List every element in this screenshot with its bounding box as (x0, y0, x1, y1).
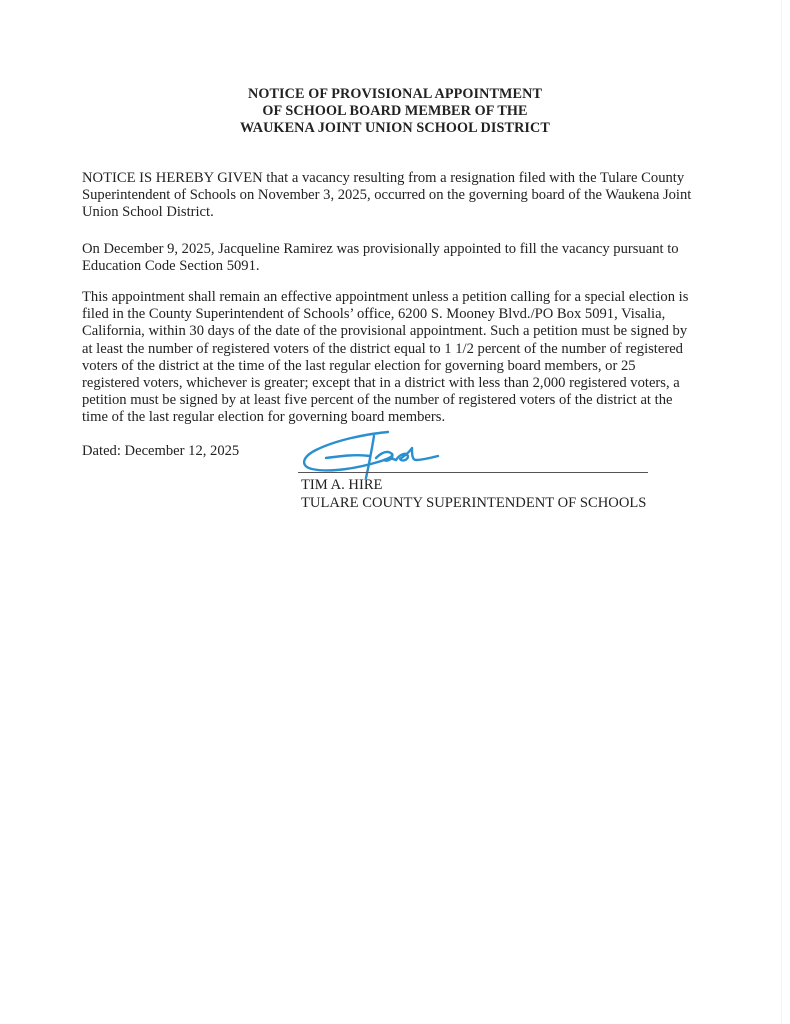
paragraph-line: filed in the County Superintendent of Sc… (82, 306, 712, 323)
signature-line (298, 472, 648, 473)
document-page: NOTICE OF PROVISIONAL APPOINTMENT OF SCH… (0, 0, 790, 1024)
paragraph-line: On December 9, 2025, Jacqueline Ramirez … (82, 241, 712, 258)
paragraph-line: This appointment shall remain an effecti… (82, 289, 712, 306)
appointment-paragraph: On December 9, 2025, Jacqueline Ramirez … (82, 241, 712, 275)
paragraph-line: California, within 30 days of the date o… (82, 323, 712, 340)
petition-paragraph: This appointment shall remain an effecti… (82, 289, 712, 427)
notice-title: NOTICE OF PROVISIONAL APPOINTMENT OF SCH… (0, 86, 790, 137)
paragraph-line: Superintendent of Schools on November 3,… (82, 187, 712, 204)
paragraph-line: time of the last regular election for go… (82, 409, 712, 426)
vacancy-paragraph: NOTICE IS HEREBY GIVEN that a vacancy re… (82, 170, 712, 222)
paragraph-line: petition must be signed by at least five… (82, 392, 712, 409)
page-edge (781, 0, 782, 1024)
signer-block: TIM A. HIRE TULARE COUNTY SUPERINTENDENT… (301, 476, 646, 512)
signer-name: TIM A. HIRE (301, 476, 646, 494)
title-line-1: NOTICE OF PROVISIONAL APPOINTMENT (0, 86, 790, 103)
title-line-3: WAUKENA JOINT UNION SCHOOL DISTRICT (0, 120, 790, 137)
paragraph-line: registered voters, whichever is greater;… (82, 375, 712, 392)
paragraph-line: at least the number of registered voters… (82, 341, 712, 358)
paragraph-line: Education Code Section 5091. (82, 258, 712, 275)
dated-text: Dated: December 12, 2025 (82, 443, 239, 460)
paragraph-line: voters of the district at the time of th… (82, 358, 712, 375)
paragraph-line: Union School District. (82, 204, 712, 221)
title-line-2: OF SCHOOL BOARD MEMBER OF THE (0, 103, 790, 120)
paragraph-line: NOTICE IS HEREBY GIVEN that a vacancy re… (82, 170, 712, 187)
signer-title: TULARE COUNTY SUPERINTENDENT OF SCHOOLS (301, 494, 646, 512)
